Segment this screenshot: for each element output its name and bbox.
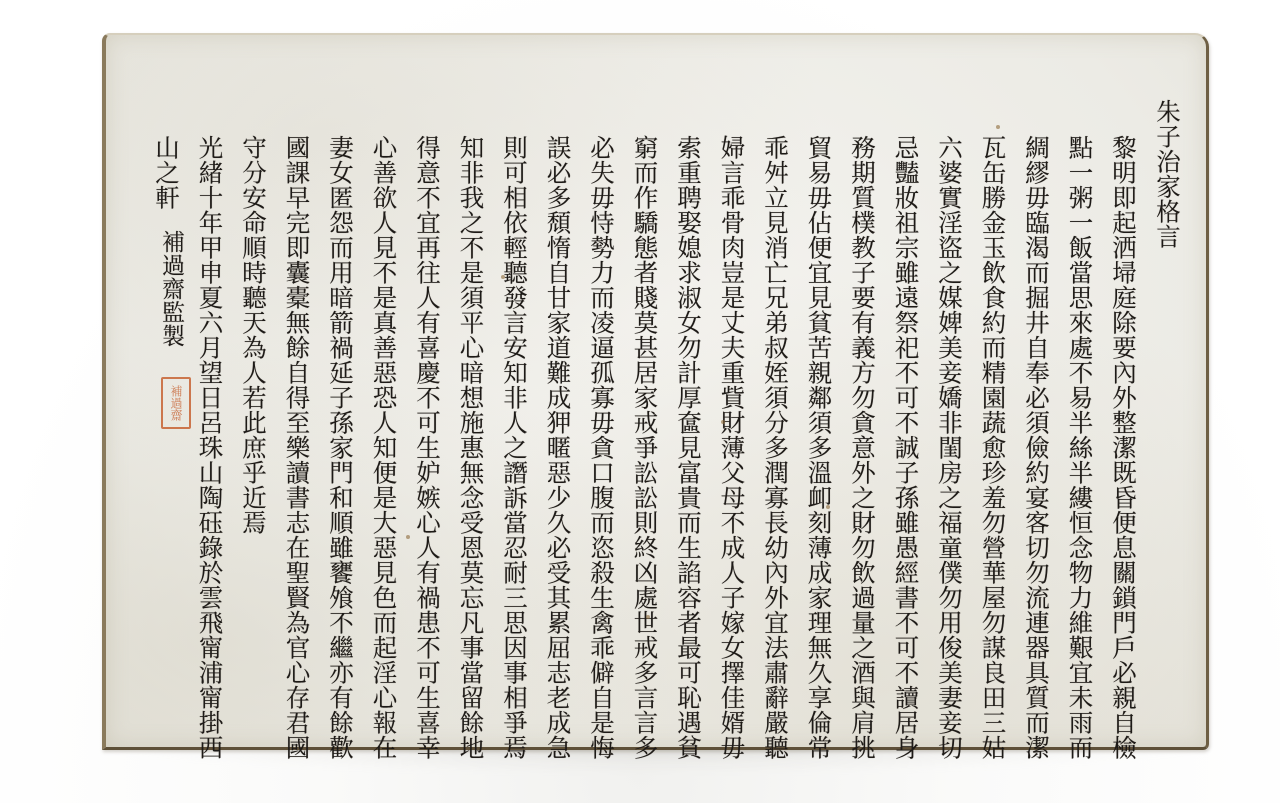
glaze-speck (406, 535, 410, 539)
calligraphy-text-area: 朱子治家格言 黎明即起洒埽庭除要內外整潔既昏便息關鎖門戶必親自檢 點一粥一飯當思… (146, 55, 1186, 715)
glaze-speck (721, 420, 725, 424)
plaque-title: 朱子治家格言 (1148, 99, 1186, 249)
text-column-8: 貿易毋佔便宜見貧苦親鄰須多溫卹刻薄成家理無久享倫常 (800, 135, 838, 760)
text-column-3: 綢繆毋臨渴而掘井自奉必須儉約宴客切勿流連器具質而潔 (1017, 135, 1055, 760)
text-column-2: 點一粥一飯當思來處不易半絲半縷恒念物力維艱宜未雨而 (1061, 135, 1099, 760)
text-column-18: 心善欲人見不是真善惡恐人知便是大惡見色而起淫心報在 (365, 135, 403, 760)
red-seal-icon: 補過齋 (161, 377, 191, 429)
photo-stage: 朱子治家格言 黎明即起洒埽庭除要內外整潔既昏便息關鎖門戶必親自檢 點一粥一飯當思… (0, 0, 1280, 803)
glaze-speck (996, 125, 1000, 129)
text-column-14: 誤必多頹惰自甘家道難成狎暱惡少久必受其累屈志老成急 (539, 135, 577, 760)
glaze-speck (646, 615, 650, 619)
text-column-16: 知非我之不是須平心暗想施惠無念受恩莫忘凡事當留餘地 (452, 135, 490, 760)
text-column-21: 守分安命順時聽天為人若此庶乎近焉 (234, 135, 272, 535)
text-column-7: 務期質樸教子要有義方勿貪意外之財勿飲過量之酒與肩挑 (843, 135, 881, 760)
text-column-10: 婦言乖骨肉豈是丈夫重貲財薄父母不成人子嫁女擇佳婿毋 (713, 135, 751, 760)
text-column-9: 乖舛立見消亡兄弟叔姪須分多潤寡長幼內外宜法肅辭嚴聽 (756, 135, 794, 760)
text-column-19: 妻女匿怨而用暗箭禍延子孫家門和順雖饔飧不繼亦有餘歡 (321, 135, 359, 760)
text-column-15: 則可相依輕聽發言安知非人之譖訴當忍耐三思因事相爭焉 (495, 135, 533, 760)
text-column-4: 瓦缶勝金玉飲食約而精園蔬愈珍羞勿營華屋勿謀良田三姑 (974, 135, 1012, 760)
porcelain-plaque: 朱子治家格言 黎明即起洒埽庭除要內外整潔既昏便息關鎖門戶必親自檢 點一粥一飯當思… (102, 33, 1209, 750)
text-column-20: 國課早完即囊橐無餘自得至樂讀書志在聖賢為官心存君國 (278, 135, 316, 760)
glaze-speck (826, 505, 830, 509)
text-column-11: 索重聘娶媳求淑女勿計厚奩見富貴而生諂容者最可恥遇貧 (669, 135, 707, 760)
text-column-6: 忌豔妝祖宗雖遠祭祀不可不誠子孫雖愚經書不可不讀居身 (887, 135, 925, 760)
glaze-speck (501, 275, 505, 279)
text-column-12: 窮而作驕態者賤莫甚居家戒爭訟訟則終凶處世戒多言言多 (626, 135, 664, 760)
text-column-13: 必失毋恃勢力而凌逼孤寡毋貪口腹而恣殺生禽乖僻自是悔 (582, 135, 620, 760)
text-column-5: 六婆實淫盜之媒婢美妾嬌非閨房之福童僕勿用俊美妻妾切 (930, 135, 968, 760)
signature-mark: 補過齋監製 (152, 35, 190, 348)
colophon-column: 光緒十年甲申夏六月望日呂珠山陶砡錄於雲飛甯浦甯掛西 (191, 135, 229, 760)
text-column-17: 得意不宜再往人有喜慶不可生妒嫉心人有禍患不可生喜幸 (408, 135, 446, 760)
text-column-1: 黎明即起洒埽庭除要內外整潔既昏便息關鎖門戶必親自檢 (1104, 135, 1142, 760)
